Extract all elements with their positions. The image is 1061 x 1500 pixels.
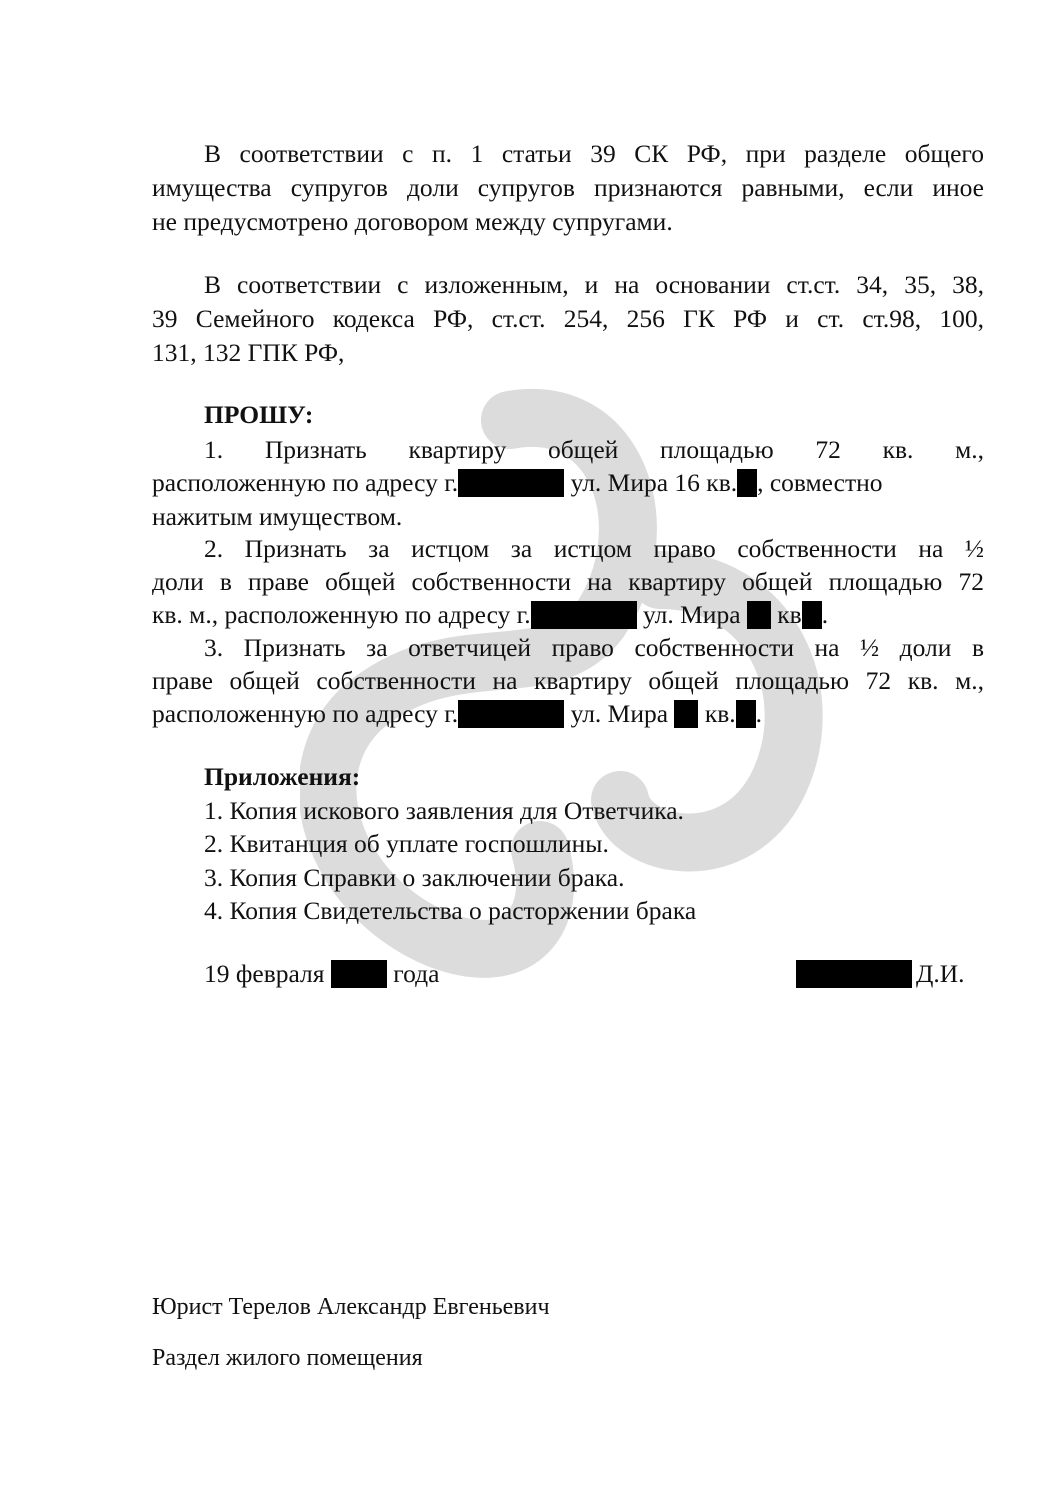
attachment-item: 4. Копия Свидетельства о расторжении бра… xyxy=(204,894,696,928)
signature-date: 19 февраля года xyxy=(204,957,439,991)
footer-author: Юрист Терелов Александр Евгеньевич xyxy=(152,1290,550,1324)
redaction-city xyxy=(531,601,637,629)
para1-line1: В соответствии с п. 1 статьи 39 СК РФ, п… xyxy=(204,137,984,171)
signature-name: Д.И. xyxy=(796,957,965,991)
para1-line3: не предусмотрено договором между супруга… xyxy=(152,205,673,239)
request-item3-line2: праве общей собственности на квартиру об… xyxy=(152,664,984,698)
text: Д.И. xyxy=(916,959,965,988)
request-item1-line3: нажитым имуществом. xyxy=(152,500,402,534)
redaction-house xyxy=(747,601,771,629)
text: . xyxy=(756,699,762,728)
para2-line1: В соответствии с изложенным, и на основа… xyxy=(204,268,984,302)
redaction-city xyxy=(458,469,564,497)
text: расположенную по адресу г. xyxy=(152,468,458,497)
redaction-house xyxy=(674,700,698,728)
redaction-surname xyxy=(796,960,912,988)
request-heading: ПРОШУ: xyxy=(204,398,313,432)
text: ул. Мира xyxy=(637,600,747,629)
text: расположенную по адресу г. xyxy=(152,699,458,728)
request-item1-line2: расположенную по адресу г. ул. Мира 16 к… xyxy=(152,466,984,500)
text: года xyxy=(387,959,440,988)
attachment-item: 1. Копия искового заявления для Ответчик… xyxy=(204,794,684,828)
text: кв. м., расположенную по адресу г. xyxy=(152,600,531,629)
request-item2-line1: 2. Признать за истцом за истцом право со… xyxy=(204,532,984,566)
para2-line2: 39 Семейного кодекса РФ, ст.ст. 254, 256… xyxy=(152,302,984,336)
request-item3-line3: расположенную по адресу г. ул. Мира кв.. xyxy=(152,697,762,731)
para2-line3: 131, 132 ГПК РФ, xyxy=(152,336,344,370)
text: . xyxy=(822,600,828,629)
request-item2-line3: кв. м., расположенную по адресу г. ул. М… xyxy=(152,598,828,632)
footer-topic: Раздел жилого помещения xyxy=(152,1341,423,1375)
text: кв. xyxy=(698,699,735,728)
request-item3-line1: 3. Признать за ответчицей право собствен… xyxy=(204,631,984,665)
redaction-year xyxy=(331,960,387,988)
para1-line2: имущества супругов доли супругов признаю… xyxy=(152,171,984,205)
text: , совместно xyxy=(757,468,882,497)
attachments-heading: Приложения: xyxy=(204,760,360,794)
attachment-item: 2. Квитанция об уплате госпошлины. xyxy=(204,827,609,861)
text: ул. Мира 16 кв. xyxy=(564,468,737,497)
text: ул. Мира xyxy=(564,699,674,728)
text: кв xyxy=(771,600,802,629)
request-item1-line1: 1. Признать квартиру общей площадью 72 к… xyxy=(204,433,984,467)
attachment-item: 3. Копия Справки о заключении брака. xyxy=(204,861,624,895)
redaction-apartment xyxy=(737,469,757,497)
redaction-apartment xyxy=(736,700,756,728)
request-item2-line2: доли в праве общей собственности на квар… xyxy=(152,565,984,599)
text: 19 февраля xyxy=(204,959,331,988)
redaction-city xyxy=(458,700,564,728)
redaction-apartment xyxy=(802,601,822,629)
